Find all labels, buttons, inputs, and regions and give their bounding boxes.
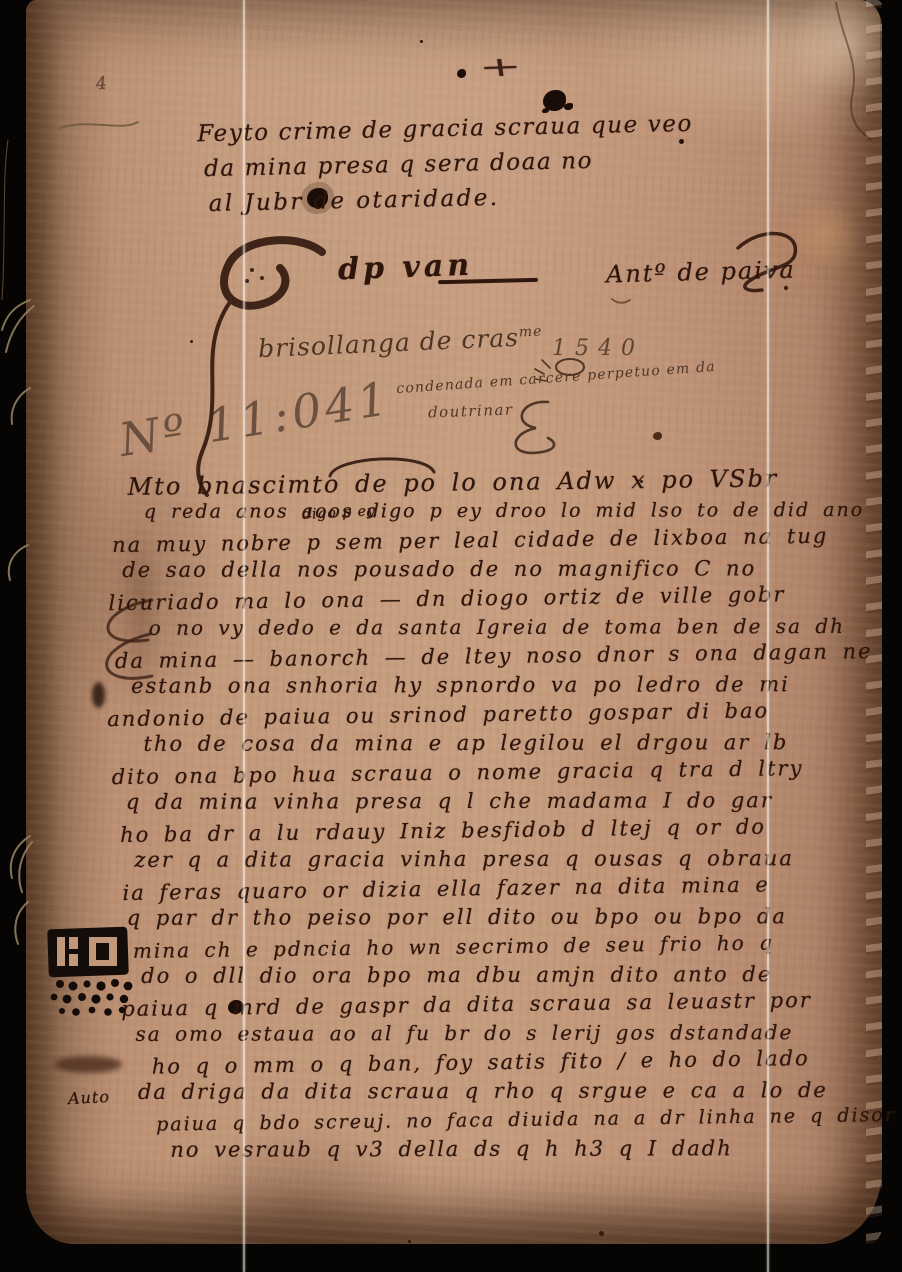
manuscript-body: Mto bnascimto de po lo ona Adw x po VSbr…	[102, 465, 893, 1166]
ink-specks	[420, 40, 423, 43]
scanner-seam-line	[767, 0, 769, 1272]
title-inscription: Feyto crime de gracia scraua que veo da …	[197, 107, 695, 222]
foxing-stain	[790, 196, 860, 274]
scanner-seam-line	[243, 0, 245, 1272]
archival-name-superscript: me	[518, 323, 542, 340]
ink-blot	[457, 69, 466, 78]
sentence-annotation-line2: doutrinar	[428, 401, 514, 422]
manuscript-line: no vesraub q v3 della ds q h h3 q I dadh	[170, 1134, 892, 1165]
year-annotation: 1540	[552, 336, 644, 361]
folio-number: 4	[95, 73, 108, 94]
manuscript-scan: 4 + Feyto crime de gracia scraua que veo…	[0, 0, 902, 1272]
invocation-cross: +	[477, 51, 524, 84]
ink-blot	[653, 432, 662, 440]
ink-blot	[543, 90, 566, 111]
margin-note-auto: Auto	[68, 1087, 111, 1108]
